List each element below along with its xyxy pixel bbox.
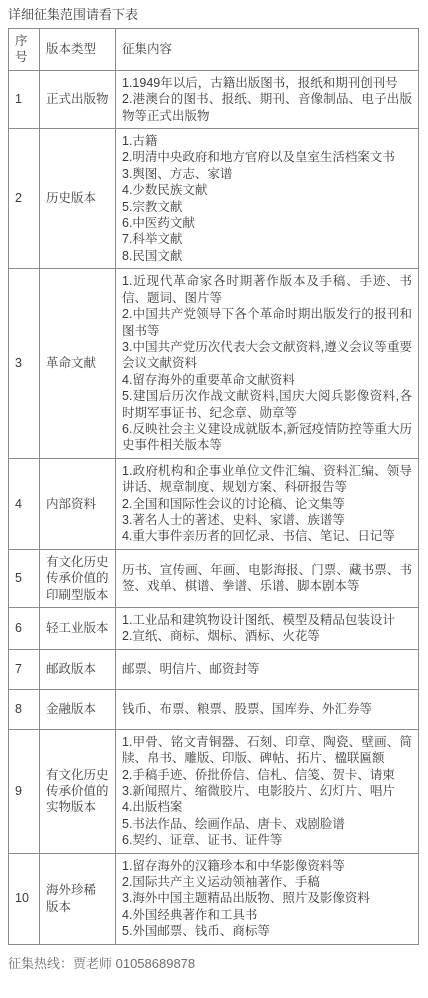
content-item: 3.海外中国主题精品出版物、照片及影像资料 [122,890,412,906]
table-row: 1正式出版物1.1949年以后，古籍出版图书，报纸和期刊创刊号2.港澳台的图书、… [9,70,419,128]
collection-content: 邮票、明信片、邮资封等 [116,649,419,689]
content-item: 2.明清中央政府和地方官府以及皇室生活档案文书 [122,149,412,165]
content-item: 5.宗教文献 [122,199,412,215]
content-item: 4.重大事件亲历者的回忆录、书信、笔记、日记等 [122,528,412,544]
content-item: 2.国际共产主义运动领袖著作、手稿 [122,874,412,890]
content-item: 5.外国邮票、钱币、商标等 [122,923,412,939]
hotline-text: 征集热线：贾老师 01058689878 [8,956,428,972]
content-item: 2.宣纸、商标、烟标、酒标、火花等 [122,628,412,644]
version-type: 革命文献 [40,269,116,458]
version-type: 内部资料 [40,458,116,549]
version-type: 海外珍稀 版本 [40,853,116,944]
content-item: 2.中国共产党领导下各个革命时期出版发行的报刊和图书等 [122,306,412,339]
table-row: 3革命文献1.近现代革命家各时期著作版本及手稿、手迹、书信、题词、图片等2.中国… [9,269,419,458]
table-row: 10海外珍稀 版本1.留存海外的汉籍珍本和中华影像资料等2.国际共产主义运动领袖… [9,853,419,944]
version-type: 金融版本 [40,689,116,729]
content-item: 5.建国后历次作战文献资料,国庆大阅兵影像资料,各时期军事证书、纪念章、勋章等 [122,388,412,421]
content-item: 3.舆图、方志、家谱 [122,166,412,182]
collection-content: 1.近现代革命家各时期著作版本及手稿、手迹、书信、题词、图片等2.中国共产党领导… [116,269,419,458]
version-type: 邮政版本 [40,649,116,689]
row-number: 1 [9,70,40,128]
collection-content: 历书、宣传画、年画、电影海报、门票、藏书票、书签、戏单、棋谱、拳谱、乐谱、脚本剧… [116,549,419,607]
row-number: 6 [9,608,40,650]
row-number: 10 [9,853,40,944]
collection-content: 1.留存海外的汉籍珍本和中华影像资料等2.国际共产主义运动领袖著作、手稿3.海外… [116,853,419,944]
table-row: 5有文化历史传承价值的印刷型版本历书、宣传画、年画、电影海报、门票、藏书票、书签… [9,549,419,607]
table-row: 7邮政版本邮票、明信片、邮资封等 [9,649,419,689]
page-title: 详细征集范围请看下表 [0,0,428,28]
content-item: 1.近现代革命家各时期著作版本及手稿、手迹、书信、题词、图片等 [122,273,412,306]
row-number: 5 [9,549,40,607]
column-header-content: 征集内容 [116,29,419,71]
content-item: 4.留存海外的重要革命文献资料 [122,372,412,388]
content-item: 5.书法作品、绘画作品、唐卡、戏剧脸谱 [122,816,412,832]
table-row: 2历史版本1.古籍2.明清中央政府和地方官府以及皇室生活档案文书3.舆图、方志、… [9,129,419,269]
collection-content: 1.1949年以后，古籍出版图书，报纸和期刊创刊号2.港澳台的图书、报纸、期刊、… [116,70,419,128]
collection-content: 1.甲骨、铭文青铜器、石刻、印章、陶瓷、壁画、简牍、帛书、雕版、印版、碑帖、拓片… [116,729,419,853]
table-header-row: 序号 版本类型 征集内容 [9,29,419,71]
content-item: 6.反映社会主义建设成就版本,新冠疫情防控等重大历史事件相关版本等 [122,421,412,454]
content-item: 4.外国经典著作和工具书 [122,907,412,923]
content-item: 4.出版档案 [122,799,412,815]
table-row: 4内部资料1.政府机构和企事业单位文件汇编、资料汇编、领导讲话、规章制度、规划方… [9,458,419,549]
collection-content: 1.古籍2.明清中央政府和地方官府以及皇室生活档案文书3.舆图、方志、家谱4.少… [116,129,419,269]
collection-content: 1.政府机构和企事业单位文件汇编、资料汇编、领导讲话、规章制度、规划方案、科研报… [116,458,419,549]
version-type: 正式出版物 [40,70,116,128]
table-row: 9有文化历史传承价值的实物版本1.甲骨、铭文青铜器、石刻、印章、陶瓷、壁画、简牍… [9,729,419,853]
content-item: 历书、宣传画、年画、电影海报、门票、藏书票、书签、戏单、棋谱、拳谱、乐谱、脚本剧… [122,562,412,595]
collection-scope-table: 序号 版本类型 征集内容 1正式出版物1.1949年以后，古籍出版图书，报纸和期… [8,28,419,945]
content-item: 3.新闻照片、缩微胶片、电影胶片、幻灯片、唱片 [122,783,412,799]
collection-content: 钱币、布票、粮票、股票、国库券、外汇券等 [116,689,419,729]
content-item: 2.手稿手迹、侨批侨信、信札、信笺、贺卡、请柬 [122,767,412,783]
row-number: 3 [9,269,40,458]
content-item: 2.港澳台的图书、报纸、期刊、音像制品、电子出版物等正式出版物 [122,91,412,124]
content-item: 6.中医药文献 [122,215,412,231]
content-item: 1.留存海外的汉籍珍本和中华影像资料等 [122,858,412,874]
content-item: 6.契约、证章、证书、证件等 [122,832,412,848]
table-body: 1正式出版物1.1949年以后，古籍出版图书，报纸和期刊创刊号2.港澳台的图书、… [9,70,419,944]
content-item: 8.民国文献 [122,248,412,264]
version-type: 历史版本 [40,129,116,269]
content-item: 7.科举文献 [122,231,412,247]
content-item: 钱币、布票、粮票、股票、国库券、外汇券等 [122,701,412,717]
version-type: 有文化历史传承价值的实物版本 [40,729,116,853]
content-item: 1.1949年以后，古籍出版图书，报纸和期刊创刊号 [122,75,412,91]
version-type: 有文化历史传承价值的印刷型版本 [40,549,116,607]
collection-content: 1.工业品和建筑物设计图纸、模型及精品包装设计2.宣纸、商标、烟标、酒标、火花等 [116,608,419,650]
content-item: 3.中国共产党历次代表大会文献资料,遵义会议等重要会议文献资料 [122,339,412,372]
content-item: 4.少数民族文献 [122,182,412,198]
row-number: 4 [9,458,40,549]
content-item: 邮票、明信片、邮资封等 [122,661,412,677]
row-number: 9 [9,729,40,853]
row-number: 8 [9,689,40,729]
table-row: 8金融版本钱币、布票、粮票、股票、国库券、外汇券等 [9,689,419,729]
content-item: 1.政府机构和企事业单位文件汇编、资料汇编、领导讲话、规章制度、规划方案、科研报… [122,463,412,496]
content-item: 2.全国和国际性会议的讨论稿、论文集等 [122,496,412,512]
content-item: 1.古籍 [122,133,412,149]
table-row: 6轻工业版本1.工业品和建筑物设计图纸、模型及精品包装设计2.宣纸、商标、烟标、… [9,608,419,650]
content-item: 3.著名人士的著述、史料、家谱、族谱等 [122,512,412,528]
content-item: 1.甲骨、铭文青铜器、石刻、印章、陶瓷、壁画、简牍、帛书、雕版、印版、碑帖、拓片… [122,734,412,767]
column-header-type: 版本类型 [40,29,116,71]
content-item: 1.工业品和建筑物设计图纸、模型及精品包装设计 [122,612,412,628]
row-number: 7 [9,649,40,689]
version-type: 轻工业版本 [40,608,116,650]
column-header-no: 序号 [9,29,40,71]
page: 详细征集范围请看下表 序号 版本类型 征集内容 1正式出版物1.1949年以后，… [0,0,428,972]
row-number: 2 [9,129,40,269]
